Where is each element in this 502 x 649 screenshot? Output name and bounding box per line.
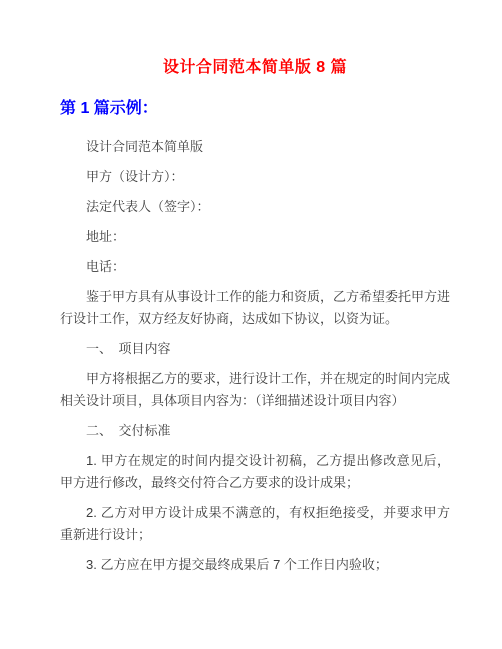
paragraph: 一、 项目内容 (60, 338, 450, 360)
paragraph: 地址： (60, 226, 450, 248)
paragraph: 甲方将根据乙方的要求，进行设计工作，并在规定的时间内完成相关设计项目，具体项目内… (60, 368, 450, 412)
document-title: 设计合同范本简单版 8 篇 (60, 58, 450, 78)
paragraph: 二、 交付标准 (60, 420, 450, 442)
paragraph: 设计合同范本简单版 (60, 136, 450, 158)
paragraph: 2. 乙方对甲方设计成果不满意的，有权拒绝接受，并要求甲方重新进行设计； (60, 502, 450, 546)
paragraph: 法定代表人（签字）： (60, 196, 450, 218)
document-body: 设计合同范本简单版 甲方（设计方）： 法定代表人（签字）： 地址： 电话： 鉴于… (60, 136, 450, 576)
paragraph: 3. 乙方应在甲方提交最终成果后 7 个工作日内验收； (60, 554, 450, 576)
paragraph: 1. 甲方在规定的时间内提交设计初稿，乙方提出修改意见后，甲方进行修改，最终交付… (60, 450, 450, 494)
paragraph: 电话： (60, 256, 450, 278)
section-heading: 第 1 篇示例： (60, 99, 450, 119)
paragraph: 甲方（设计方）： (60, 166, 450, 188)
paragraph: 鉴于甲方具有从事设计工作的能力和资质，乙方希望委托甲方进行设计工作，双方经友好协… (60, 286, 450, 330)
document-page: 设计合同范本简单版 8 篇 第 1 篇示例： 设计合同范本简单版 甲方（设计方）… (0, 0, 502, 649)
